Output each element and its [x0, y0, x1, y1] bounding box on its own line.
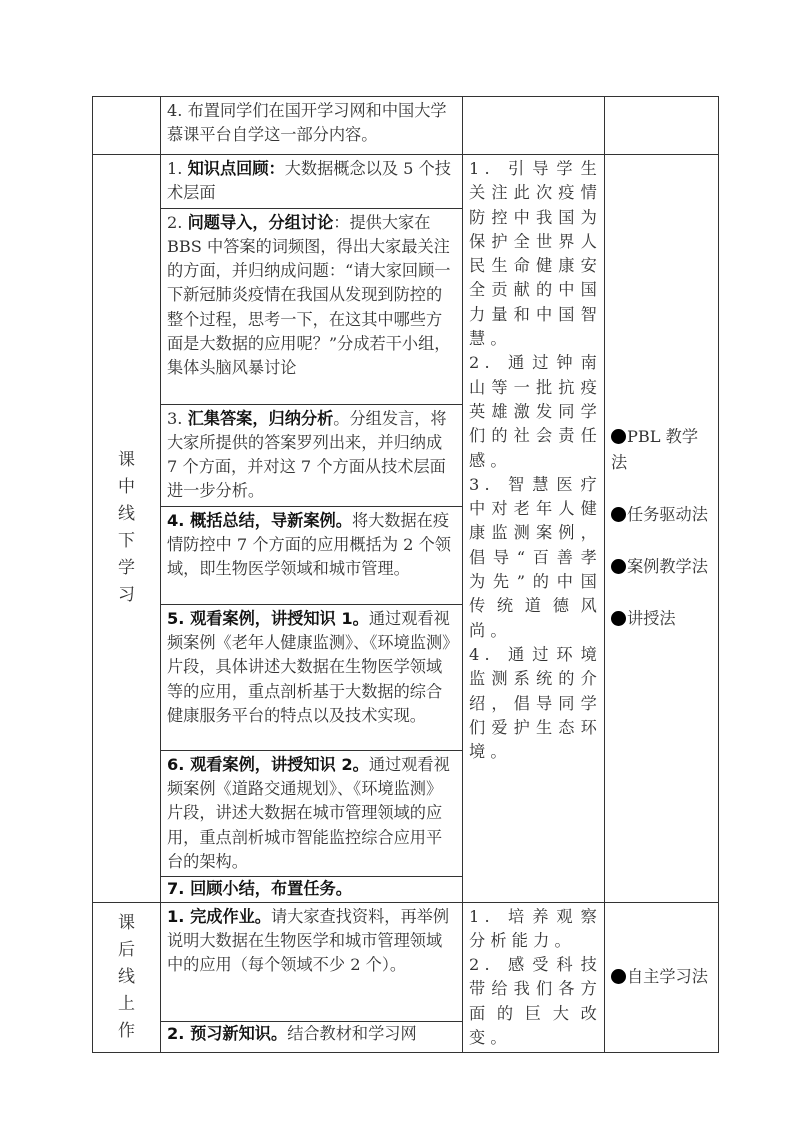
method-label: 讲授法 [627, 609, 676, 628]
step-cell: 3. 汇集答案，归纳分析。分组发言，将大家所提供的答案罗列出来，并归纳成 7 个… [161, 404, 463, 506]
step-title: 预习新知识。 [190, 1024, 287, 1043]
step-title: 观看案例，讲授知识 2。 [190, 755, 369, 774]
step-cell: 2. 问题导入，分组讨论：提供大家在 BBS 中答案的词频图，得出大家最关注的方… [161, 208, 463, 404]
methods-cell-empty [605, 97, 719, 155]
table-row: 课中线下学习 1. 知识点回顾：大数据概念以及 5 个技术层面 1. 引导学生关… [93, 155, 719, 209]
step-text: 结合教材和学习网 [287, 1024, 417, 1043]
table-row: 课后线上作 1. 完成作业。请大家查找资料，再举例说明大数据在生物医学和城市管理… [93, 902, 719, 1022]
step-text: ：提供大家在 BBS 中答案的词频图，得出大家最关注的方面，并归纳成问题：“请大… [167, 213, 450, 378]
step-title: 知识点回顾： [188, 159, 285, 178]
stage-cell-after-class: 课后线上作 [93, 902, 161, 1053]
goal-item: 2. 通过钟南山等一批抗疫英雄激发同学们的社会责任感。 [469, 351, 602, 472]
method-item: 讲授法 [611, 606, 712, 632]
step-title: 观看案例，讲授知识 1。 [190, 609, 369, 628]
step-title: 完成作业。 [190, 907, 271, 926]
goal-item: 1. 培养观察分析能力。 [469, 905, 602, 954]
step-cell: 4. 概括总结，导新案例。将大数据在疫情防控中 7 个方面的应用概括为 2 个领… [161, 506, 463, 604]
step-cell: 1. 完成作业。请大家查找资料，再举例说明大数据在生物医学和城市管理领域中的应用… [161, 902, 463, 1022]
step-number: 7. [167, 879, 190, 898]
goal-item: 1. 引导学生关注此次疫情防控中我国为保护全世界人民生命健康安全贡献的中国力量和… [469, 157, 602, 351]
teaching-plan-table: 4. 布置同学们在国开学习网和中国大学慕课平台自学这一部分内容。 课中线下学习 … [92, 96, 719, 1053]
bullet-icon [611, 507, 626, 522]
goals-cell-in-class: 1. 引导学生关注此次疫情防控中我国为保护全世界人民生命健康安全贡献的中国力量和… [463, 155, 605, 903]
goals-cell-after-class: 1. 培养观察分析能力。 2. 感受科技带给我们各方面的巨大改变。 [463, 902, 605, 1053]
step-number: 2. [167, 213, 188, 232]
activity-cell: 4. 布置同学们在国开学习网和中国大学慕课平台自学这一部分内容。 [161, 97, 463, 155]
step-cell: 6. 观看案例，讲授知识 2。通过观看视频案例《道路交通规划》、《环境监测》片段… [161, 750, 463, 876]
method-label: 任务驱动法 [627, 505, 708, 524]
step-title: 汇集答案，归纳分析 [188, 409, 334, 428]
step-number: 6. [167, 755, 190, 774]
step-number: 4. [167, 511, 190, 530]
methods-cell-after-class: 自主学习法 [605, 902, 719, 1053]
bullet-icon [611, 969, 626, 984]
stage-cell-empty [93, 97, 161, 155]
step-number: 2. [167, 1024, 190, 1043]
method-item: 任务驱动法 [611, 502, 712, 528]
step-title: 回顾小结，布置任务。 [190, 879, 352, 898]
stage-label: 课后线上作 [118, 910, 136, 1045]
stage-label: 课中线下学习 [118, 447, 136, 609]
table-row: 4. 布置同学们在国开学习网和中国大学慕课平台自学这一部分内容。 [93, 97, 719, 155]
step-number: 3. [167, 409, 188, 428]
bullet-icon [611, 429, 626, 444]
step-number: 1. [167, 159, 188, 178]
goals-cell-empty [463, 97, 605, 155]
activity-text: 4. 布置同学们在国开学习网和中国大学慕课平台自学这一部分内容。 [167, 101, 447, 144]
method-label: 案例教学法 [627, 557, 708, 576]
document-page: 4. 布置同学们在国开学习网和中国大学慕课平台自学这一部分内容。 课中线下学习 … [0, 0, 794, 1123]
step-title: 概括总结，导新案例。 [190, 511, 352, 530]
method-item: PBL 教学法 [611, 424, 712, 476]
step-cell: 2. 预习新知识。结合教材和学习网 [161, 1022, 463, 1053]
step-title: 问题导入，分组讨论 [188, 213, 334, 232]
goal-item: 4. 通过环境监测系统的介绍，倡导同学们爱护生态环境。 [469, 643, 602, 764]
bullet-icon [611, 559, 626, 574]
step-number: 1. [167, 907, 190, 926]
step-number: 5. [167, 609, 190, 628]
methods-cell-in-class: PBL 教学法 任务驱动法 案例教学法 讲授法 [605, 155, 719, 903]
bullet-icon [611, 611, 626, 626]
method-item: 案例教学法 [611, 554, 712, 580]
stage-cell-in-class: 课中线下学习 [93, 155, 161, 903]
goal-item: 2. 感受科技带给我们各方面的巨大改变。 [469, 953, 602, 1050]
step-cell: 5. 观看案例，讲授知识 1。通过观看视频案例《老年人健康监测》、《环境监测》片… [161, 604, 463, 750]
goal-item: 3. 智慧医疗中对老年人健康监测案例，倡导“百善孝为先”的中国传统道德风尚。 [469, 473, 602, 643]
step-cell: 1. 知识点回顾：大数据概念以及 5 个技术层面 [161, 155, 463, 209]
step-cell: 7. 回顾小结，布置任务。 [161, 877, 463, 902]
method-item: 自主学习法 [611, 964, 712, 990]
method-label: 自主学习法 [627, 967, 708, 986]
